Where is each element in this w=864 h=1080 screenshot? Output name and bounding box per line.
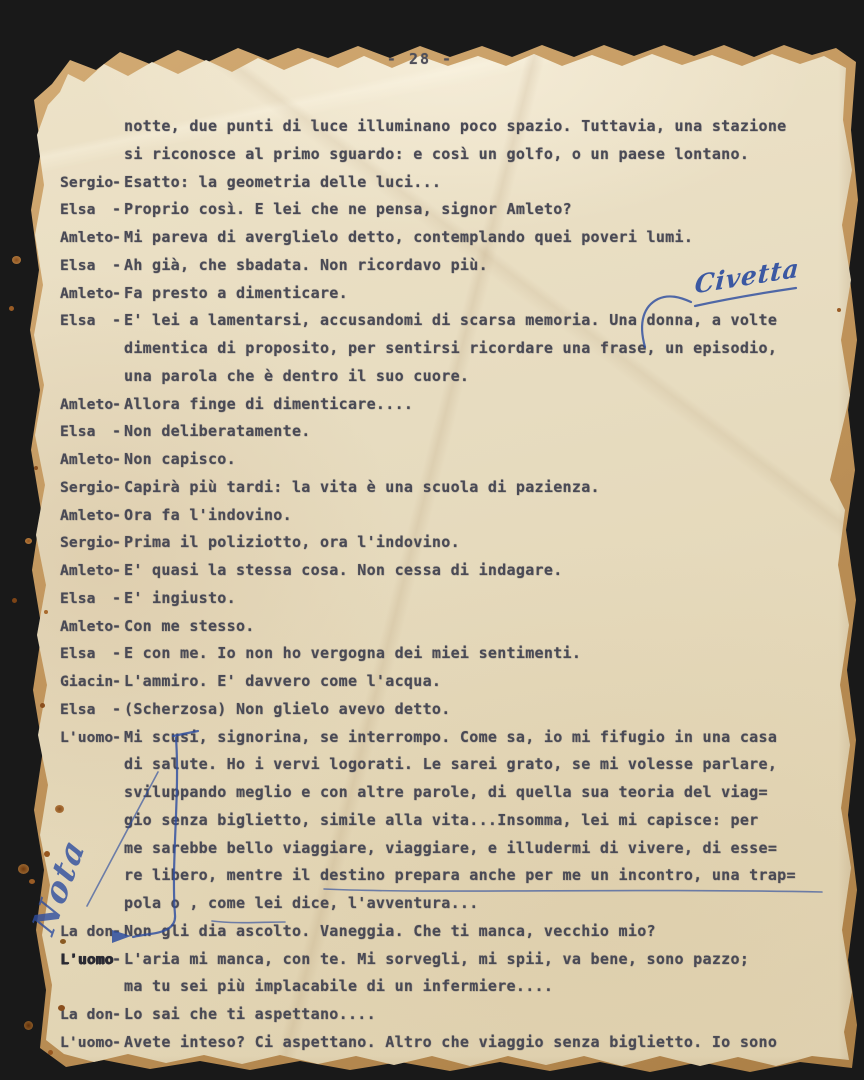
typescript-line: Giacin-L'ammiro. E' davvero come l'acqua… [0, 668, 864, 696]
speaker-label: Amleto [60, 391, 113, 419]
typescript-line: Elsa-E' lei a lamentarsi, accusandomi di… [0, 307, 864, 335]
speaker-dash: - [112, 474, 121, 502]
speaker-label: Amleto [60, 502, 113, 530]
dialogue-text: Ora fa l'indovino. [124, 502, 292, 530]
dialogue-text: di salute. Ho i vervi logorati. Le sarei… [124, 751, 777, 779]
speaker-dash: - [112, 585, 121, 613]
speaker-dash: - [112, 1029, 121, 1057]
dialogue-text: Allora finge di dimenticare.... [124, 391, 413, 419]
typescript-line: Elsa-E con me. Io non ho vergogna dei mi… [0, 640, 864, 668]
speaker-label: La don [60, 918, 113, 946]
speaker-dash: - [112, 196, 121, 224]
typescript-line: si riconosce al primo sguardo: e così un… [0, 141, 864, 169]
typescript-line: una parola che è dentro il suo cuore. [0, 363, 864, 391]
speaker-dash: - [112, 918, 121, 946]
dialogue-text: una parola che è dentro il suo cuore. [124, 363, 469, 391]
speaker-label: Amleto [60, 446, 113, 474]
dialogue-text: L'aria mi manca, con te. Mi sorvegli, mi… [124, 946, 749, 974]
dialogue-text: re libero, mentre il destino prepara anc… [124, 862, 796, 890]
dialogue-text: Fa presto a dimenticare. [124, 280, 348, 308]
speaker-label: Elsa [60, 585, 96, 613]
dialogue-text: ma tu sei più implacabile di un infermie… [124, 973, 553, 1001]
dialogue-text: dimentica di proposito, per sentirsi ric… [124, 335, 777, 363]
speaker-label: Amleto [60, 280, 113, 308]
typescript-body: notte, due punti di luce illuminano poco… [0, 113, 864, 1057]
typescript-line: L'uomo-L'aria mi manca, con te. Mi sorve… [0, 946, 864, 974]
typescript-line: L'uomo-Avete inteso? Ci aspettano. Altro… [0, 1029, 864, 1057]
dialogue-text: E' ingiusto. [124, 585, 236, 613]
dialogue-text: me sarebbe bello viaggiare, viaggiare, e… [124, 835, 777, 863]
speaker-label: Elsa [60, 640, 96, 668]
dialogue-text: Mi scusi, signorina, se interrompo. Come… [124, 724, 777, 752]
typescript-line: La don-Lo sai che ti aspettano.... [0, 1001, 864, 1029]
typescript-line: Amleto-E' quasi la stessa cosa. Non cess… [0, 557, 864, 585]
typescript-line: Amleto-Mi pareva di averglielo detto, co… [0, 224, 864, 252]
speaker-label: Amleto [60, 557, 113, 585]
typescript-line: Elsa-E' ingiusto. [0, 585, 864, 613]
dialogue-text: E' quasi la stessa cosa. Non cessa di in… [124, 557, 563, 585]
typescript-line: pola o , come lei dice, l'avventura... [0, 890, 864, 918]
typescript-line: Sergio-Capirà più tardi: la vita è una s… [0, 474, 864, 502]
speaker-dash: - [112, 696, 121, 724]
speaker-label: L'uomo [60, 1029, 113, 1057]
typescript-line: Amleto-Non capisco. [0, 446, 864, 474]
speaker-label: Elsa [60, 196, 96, 224]
typescript-line: di salute. Ho i vervi logorati. Le sarei… [0, 751, 864, 779]
speaker-dash: - [112, 1001, 121, 1029]
speaker-dash: - [112, 169, 121, 197]
dialogue-text: sviluppando meglio e con altre parole, d… [124, 779, 768, 807]
typescript-line: dimentica di proposito, per sentirsi ric… [0, 335, 864, 363]
speaker-dash: - [112, 252, 121, 280]
speaker-label: Amleto [60, 613, 113, 641]
typescript-line: Elsa-Proprio così. E lei che ne pensa, s… [0, 196, 864, 224]
speaker-dash: - [112, 446, 121, 474]
dialogue-text: E' lei a lamentarsi, accusandomi di scar… [124, 307, 777, 335]
speaker-dash: - [112, 391, 121, 419]
typescript-line: gio senza biglietto, simile alla vita...… [0, 807, 864, 835]
dialogue-text: Con me stesso. [124, 613, 255, 641]
speaker-dash: - [112, 557, 121, 585]
typescript-line: notte, due punti di luce illuminano poco… [0, 113, 864, 141]
speaker-dash: - [112, 529, 121, 557]
dialogue-text: si riconosce al primo sguardo: e così un… [124, 141, 749, 169]
typescript-line: L'uomo-Mi scusi, signorina, se interromp… [0, 724, 864, 752]
dialogue-text: Capirà più tardi: la vita è una scuola d… [124, 474, 600, 502]
speaker-dash: - [112, 418, 121, 446]
scanned-script-page: - 28 - notte, due punti di luce illumina… [0, 0, 864, 1080]
speaker-label: Elsa [60, 696, 96, 724]
dialogue-text: pola o , come lei dice, l'avventura... [124, 890, 479, 918]
speaker-dash: - [112, 502, 121, 530]
dialogue-text: (Scherzosa) Non glielo avevo detto. [124, 696, 451, 724]
typescript-line: sviluppando meglio e con altre parole, d… [0, 779, 864, 807]
speaker-label: Giacin [60, 668, 113, 696]
dialogue-text: E con me. Io non ho vergogna dei miei se… [124, 640, 581, 668]
typescript-line: Amleto-Allora finge di dimenticare.... [0, 391, 864, 419]
speaker-dash: - [112, 224, 121, 252]
typescript-line: me sarebbe bello viaggiare, viaggiare, e… [0, 835, 864, 863]
speaker-label: L'uomo [60, 946, 113, 974]
dialogue-text: Non deliberatamente. [124, 418, 311, 446]
typescript-line: La don-Non gli dia ascolto. Vaneggia. Ch… [0, 918, 864, 946]
speaker-label: L'uomo [60, 724, 113, 752]
typescript-line: Amleto-Con me stesso. [0, 613, 864, 641]
dialogue-text: Non gli dia ascolto. Vaneggia. Che ti ma… [124, 918, 656, 946]
typescript-line: re libero, mentre il destino prepara anc… [0, 862, 864, 890]
typescript-line: ma tu sei più implacabile di un infermie… [0, 973, 864, 1001]
speaker-label: Elsa [60, 418, 96, 446]
dialogue-text: Prima il poliziotto, ora l'indovino. [124, 529, 460, 557]
dialogue-text: Avete inteso? Ci aspettano. Altro che vi… [124, 1029, 777, 1057]
typescript-line: Amleto-Ora fa l'indovino. [0, 502, 864, 530]
speaker-label: Elsa [60, 252, 96, 280]
dialogue-text: Ah già, che sbadata. Non ricordavo più. [124, 252, 488, 280]
dialogue-text: Proprio così. E lei che ne pensa, signor… [124, 196, 572, 224]
speaker-label: La don [60, 1001, 113, 1029]
dialogue-text: Mi pareva di averglielo detto, contempla… [124, 224, 693, 252]
typescript-line: Sergio-Esatto: la geometria delle luci..… [0, 169, 864, 197]
dialogue-text: Lo sai che ti aspettano.... [124, 1001, 376, 1029]
dialogue-text: Non capisco. [124, 446, 236, 474]
dialogue-text: gio senza biglietto, simile alla vita...… [124, 807, 759, 835]
speaker-dash: - [112, 280, 121, 308]
page-number: - 28 - [300, 50, 540, 68]
speaker-dash: - [112, 307, 121, 335]
typescript-line: Sergio-Prima il poliziotto, ora l'indovi… [0, 529, 864, 557]
speaker-dash: - [112, 613, 121, 641]
dialogue-text: notte, due punti di luce illuminano poco… [124, 113, 786, 141]
dialogue-text: Esatto: la geometria delle luci... [124, 169, 441, 197]
speaker-label: Sergio [60, 169, 113, 197]
dialogue-text: L'ammiro. E' davvero come l'acqua. [124, 668, 441, 696]
speaker-label: Amleto [60, 224, 113, 252]
speaker-label: Sergio [60, 474, 113, 502]
speaker-dash: - [112, 946, 121, 974]
speaker-dash: - [112, 640, 121, 668]
speaker-label: Sergio [60, 529, 113, 557]
typescript-line: Elsa-(Scherzosa) Non glielo avevo detto. [0, 696, 864, 724]
speaker-dash: - [112, 724, 121, 752]
typescript-line: Elsa-Non deliberatamente. [0, 418, 864, 446]
speaker-label: Elsa [60, 307, 96, 335]
speaker-dash: - [112, 668, 121, 696]
